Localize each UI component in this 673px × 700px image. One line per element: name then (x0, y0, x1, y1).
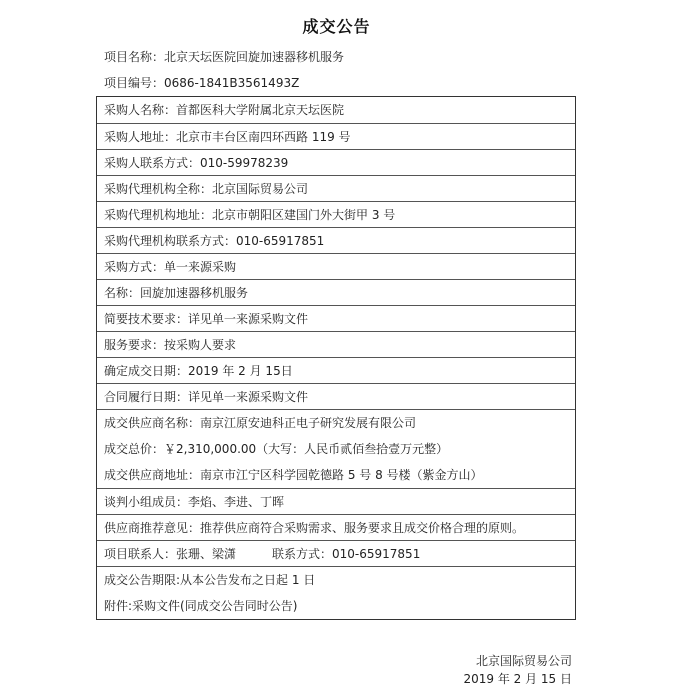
supplier-address: 成交供应商地址：南京市江宁区科学园乾德路 5 号 8 号楼（紫金方山） (104, 462, 575, 488)
signature-org: 北京国际贸易公司 (476, 652, 572, 669)
agency-address: 采购代理机构地址：北京市朝阳区建国门外大街甲 3 号 (97, 201, 575, 227)
item-name: 名称：回旋加速器移机服务 (97, 279, 575, 305)
contract-period: 合同履行日期：详见单一来源采购文件 (97, 383, 575, 409)
purchaser-address: 采购人地址：北京市丰台区南四环西路 119 号 (97, 123, 575, 149)
announcement-table: 采购人名称：首都医科大学附属北京天坛医院 采购人地址：北京市丰台区南四环西路 1… (96, 96, 576, 620)
project-code: 项目编号：0686-1841B3561493Z (104, 74, 299, 91)
agency-name: 采购代理机构全称：北京国际贸易公司 (97, 175, 575, 201)
attachment: 附件:采购文件(同成交公告同时公告) (104, 593, 575, 619)
contact-person: 项目联系人：张珊、梁潇 (104, 547, 236, 561)
page-title: 成交公告 (0, 14, 673, 37)
deal-price: 成交总价：￥2,310,000.00（大写：人民币贰佰叁拾壹万元整） (104, 436, 575, 462)
announcement-period: 成交公告期限:从本公告发布之日起 1 日 (104, 567, 575, 593)
recommendation: 供应商推荐意见：推荐供应商符合采购需求、服务要求且成交价格合理的原则。 (97, 514, 575, 540)
purchaser-name: 采购人名称：首都医科大学附属北京天坛医院 (97, 97, 575, 123)
negotiation-panel: 谈判小组成员：李焰、李进、丁晖 (97, 488, 575, 514)
project-name: 项目名称：北京天坛医院回旋加速器移机服务 (104, 48, 344, 65)
contact-phone: 联系方式：010-65917851 (272, 547, 420, 561)
deal-date: 确定成交日期：2019 年 2 月 15日 (97, 357, 575, 383)
agency-contact: 采购代理机构联系方式：010-65917851 (97, 227, 575, 253)
supplier-name: 成交供应商名称：南京江原安迪科正电子研究发展有限公司 (104, 410, 575, 436)
tech-requirements: 简要技术要求：详见单一来源采购文件 (97, 305, 575, 331)
service-requirements: 服务要求：按采购人要求 (97, 331, 575, 357)
signature-date: 2019 年 2 月 15 日 (463, 670, 572, 687)
final-block: 成交公告期限:从本公告发布之日起 1 日 附件:采购文件(同成交公告同时公告) (97, 566, 575, 619)
supplier-block: 成交供应商名称：南京江原安迪科正电子研究发展有限公司 成交总价：￥2,310,0… (97, 409, 575, 488)
purchaser-contact: 采购人联系方式：010-59978239 (97, 149, 575, 175)
contact-row: 项目联系人：张珊、梁潇联系方式：010-65917851 (97, 540, 575, 566)
procurement-method: 采购方式：单一来源采购 (97, 253, 575, 279)
